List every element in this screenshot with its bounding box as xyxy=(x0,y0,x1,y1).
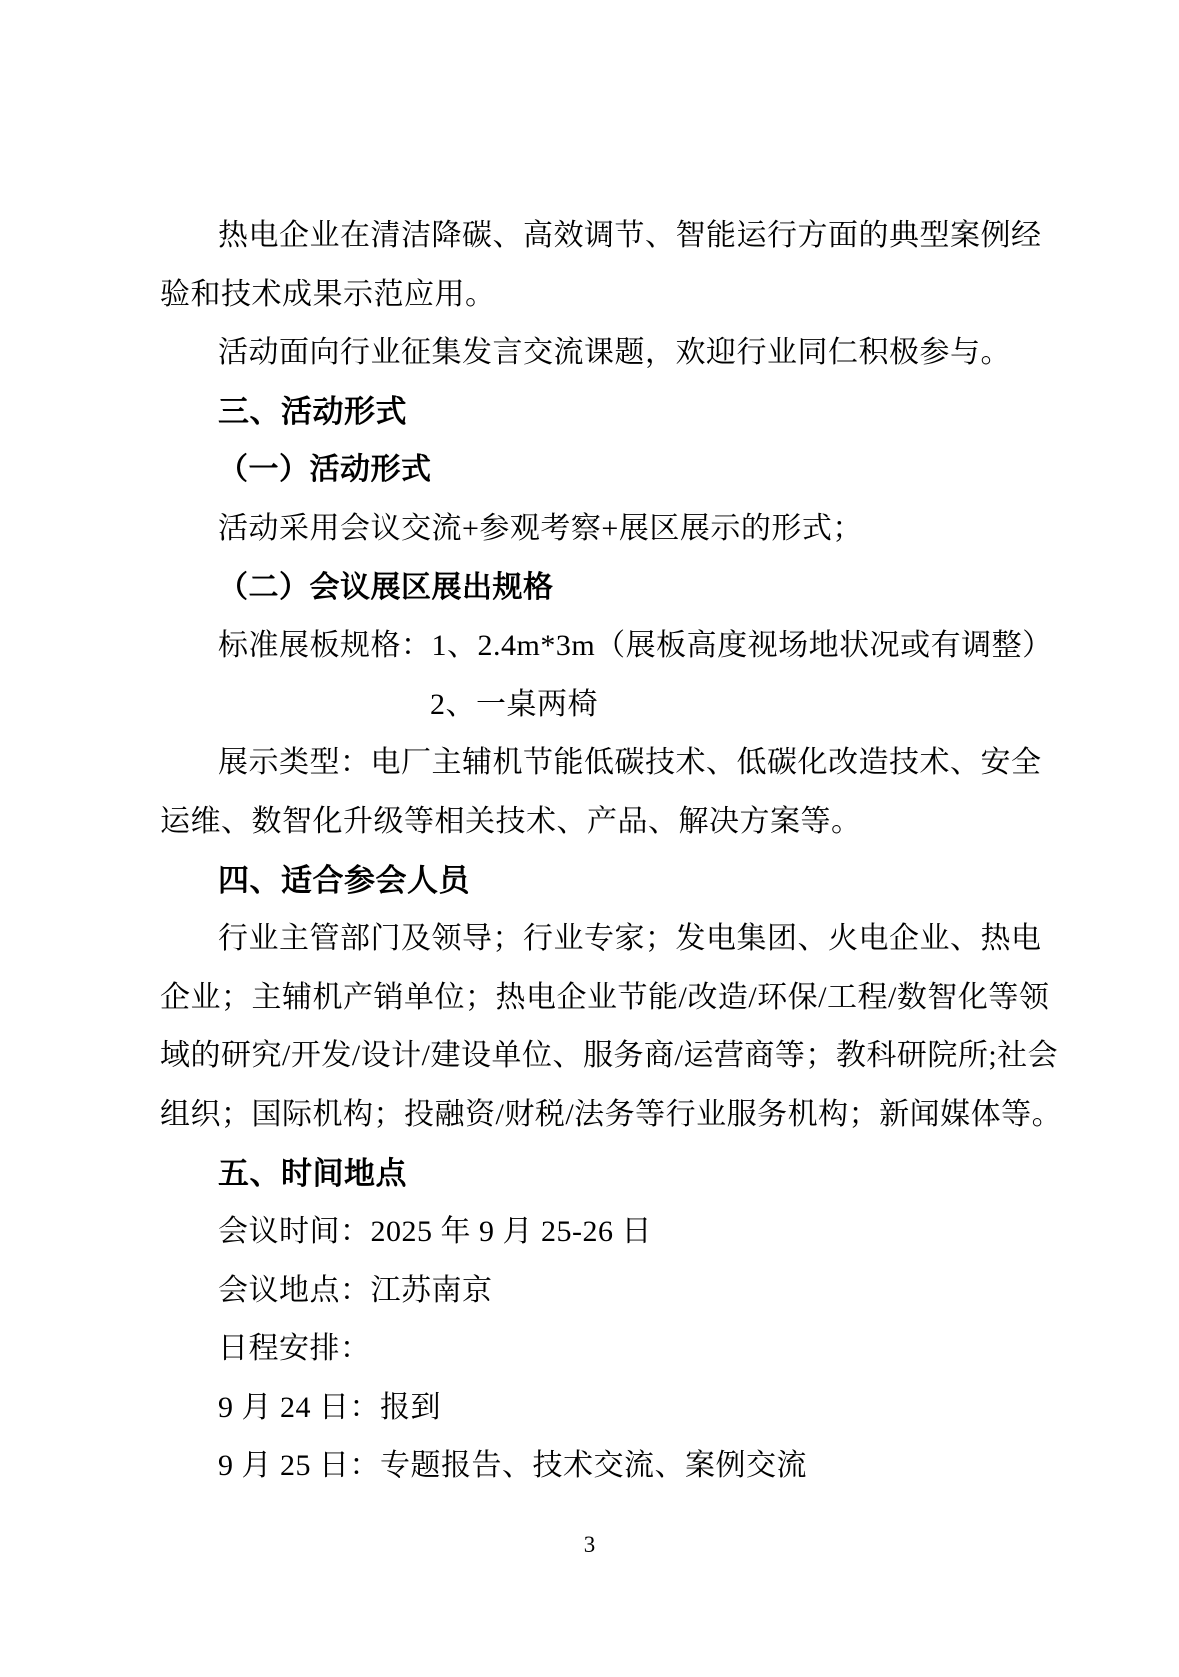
document-page: 热电企业在清洁降碳、高效调节、智能运行方面的典型案例经 验和技术成果示范应用。 … xyxy=(0,0,1179,1677)
line-meeting-time: 会议时间：2025 年 9 月 25-26 日 xyxy=(160,1203,1040,1262)
paragraph-case-experience-line-2: 验和技术成果示范应用。 xyxy=(160,266,1040,325)
paragraph-attendees-line-3: 域的研究/开发/设计/建设单位、服务商/运营商等；教科研院所;社会 xyxy=(160,1027,1040,1086)
paragraph-panel-spec-item-1: 标准展板规格：1、2.4m*3m（展板高度视场地状况或有调整） xyxy=(160,617,1040,676)
section-heading-3-activity-format: 三、活动形式 xyxy=(160,383,1040,442)
paragraph-attendees-line-1: 行业主管部门及领导；行业专家；发电集团、火电企业、热电 xyxy=(160,910,1040,969)
paragraph-attendees-line-4: 组织；国际机构；投融资/财税/法务等行业服务机构；新闻媒体等。 xyxy=(160,1086,1040,1145)
subsection-heading-2-exhibition-specs: （二）会议展区展出规格 xyxy=(160,559,1040,618)
line-meeting-place: 会议地点：江苏南京 xyxy=(160,1262,1040,1321)
line-schedule-label: 日程安排： xyxy=(160,1320,1040,1379)
paragraph-activity-format: 活动采用会议交流+参观考察+展区展示的形式； xyxy=(160,500,1040,559)
line-schedule-sep25: 9 月 25 日：专题报告、技术交流、案例交流 xyxy=(160,1437,1040,1496)
paragraph-case-experience-line-1: 热电企业在清洁降碳、高效调节、智能运行方面的典型案例经 xyxy=(160,207,1040,266)
section-heading-4-attendees: 四、适合参会人员 xyxy=(160,852,1040,911)
paragraph-display-type-line-1: 展示类型：电厂主辅机节能低碳技术、低碳化改造技术、安全 xyxy=(160,734,1040,793)
paragraph-display-type-line-2: 运维、数智化升级等相关技术、产品、解决方案等。 xyxy=(160,793,1040,852)
paragraph-topic-invitation: 活动面向行业征集发言交流课题，欢迎行业同仁积极参与。 xyxy=(160,324,1040,383)
section-heading-5-time-place: 五、时间地点 xyxy=(160,1145,1040,1204)
paragraph-panel-spec-item-2: 2、一桌两椅 xyxy=(160,676,1040,735)
subsection-heading-1-activity-format: （一）活动形式 xyxy=(160,441,1040,500)
document-body: 热电企业在清洁降碳、高效调节、智能运行方面的典型案例经 验和技术成果示范应用。 … xyxy=(160,207,1040,1496)
paragraph-attendees-line-2: 企业；主辅机产销单位；热电企业节能/改造/环保/工程/数智化等领 xyxy=(160,969,1040,1028)
page-number: 3 xyxy=(0,1531,1179,1559)
line-schedule-sep24: 9 月 24 日：报到 xyxy=(160,1379,1040,1438)
